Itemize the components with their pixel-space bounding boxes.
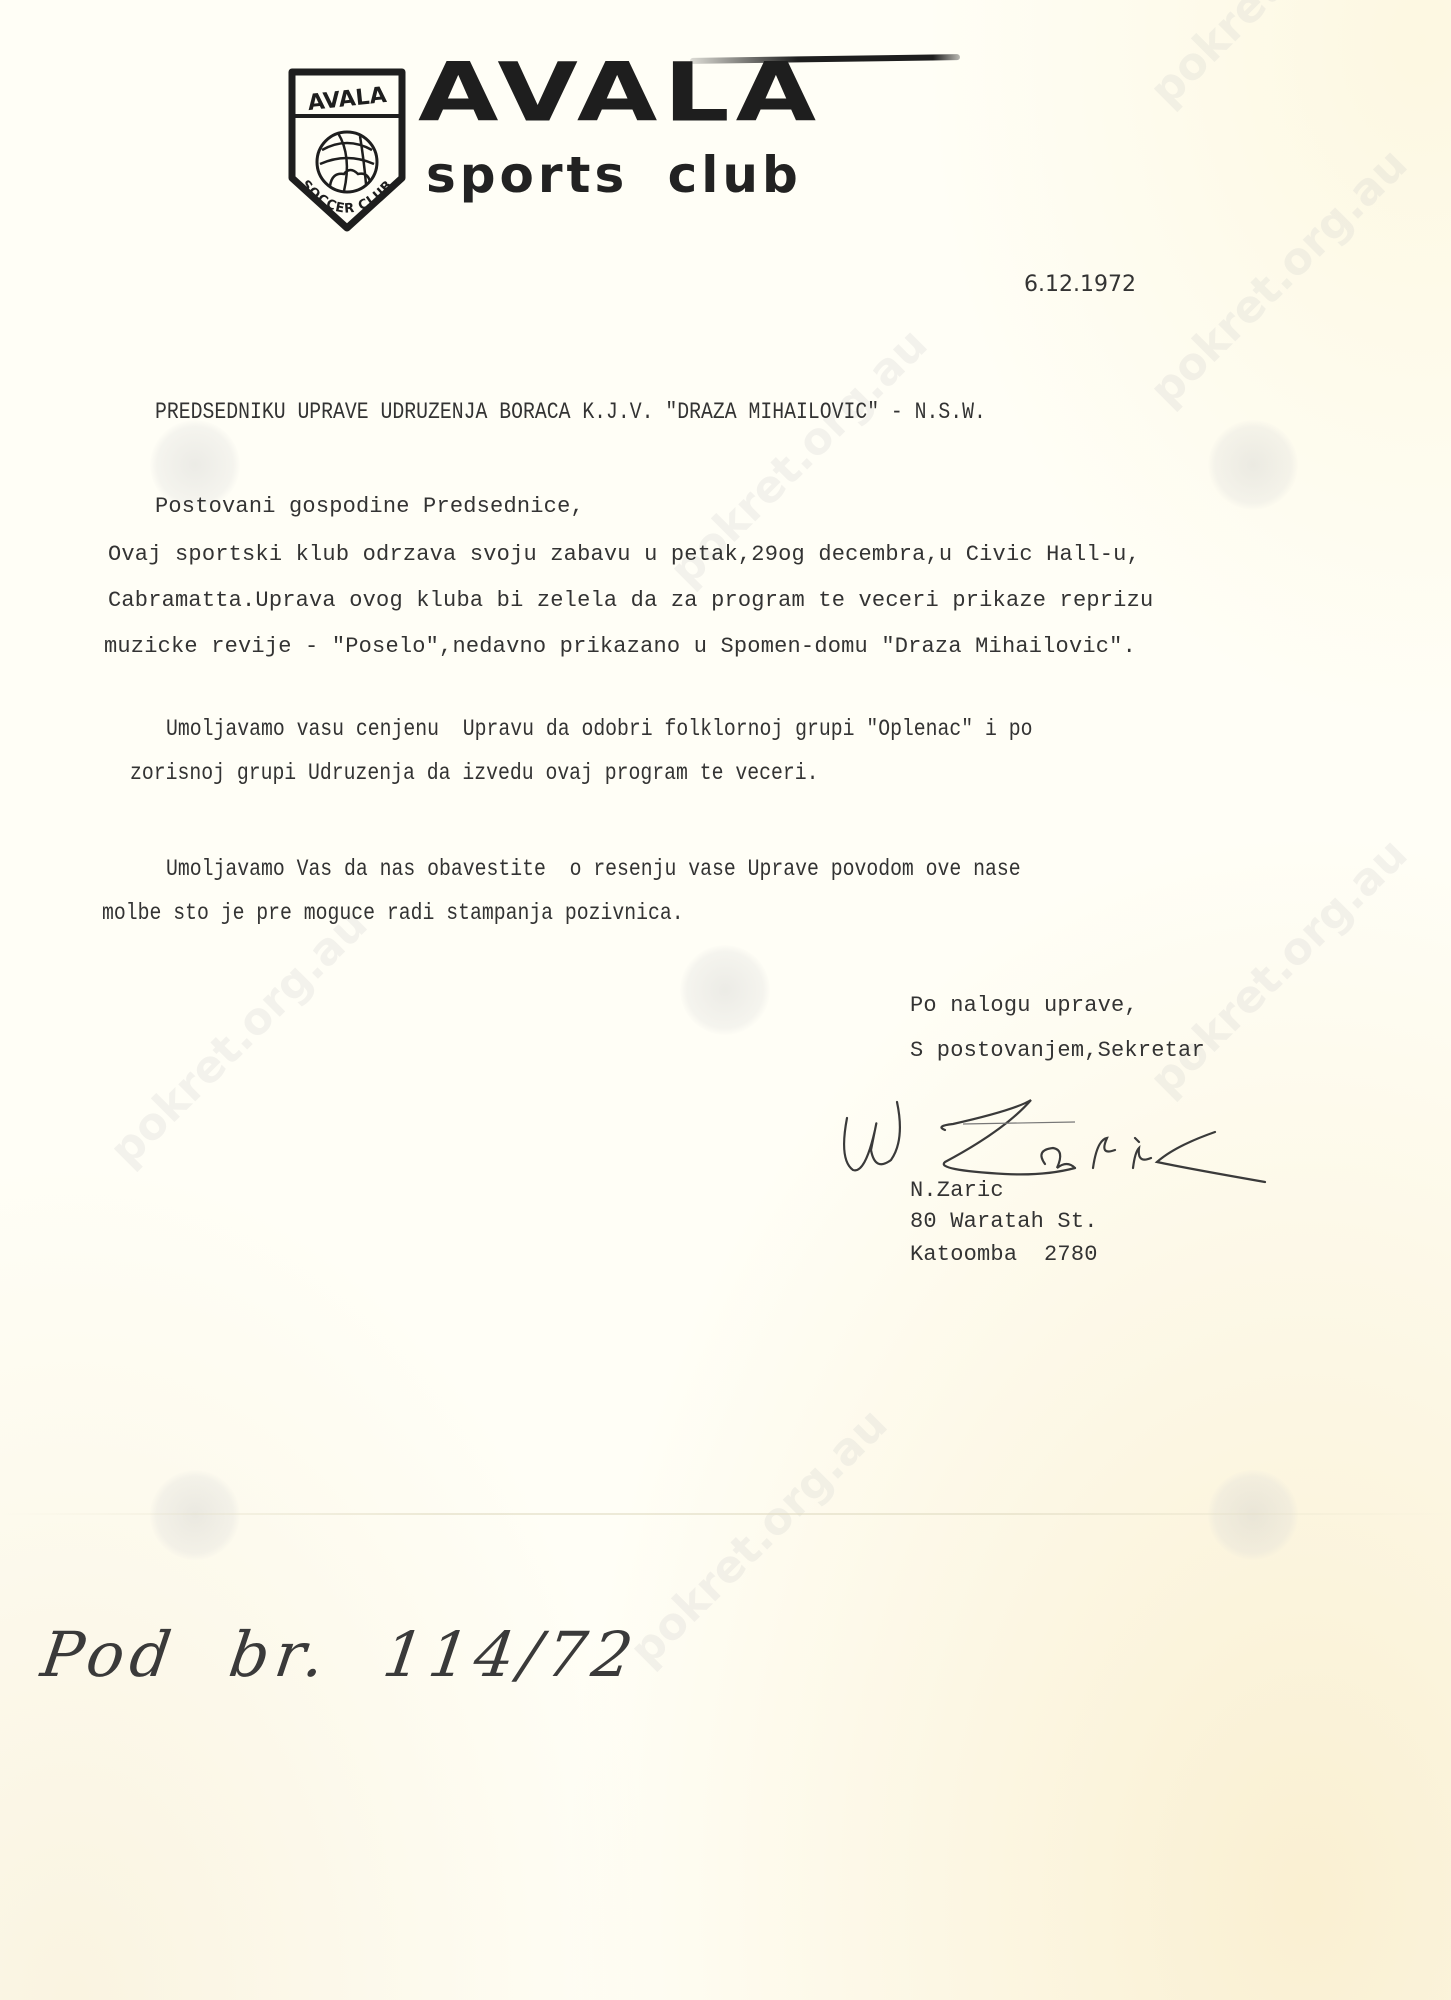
paper-fold-line <box>0 1513 1451 1515</box>
paragraph-3-line-2: molbe sto je pre moguce radi stampanja p… <box>102 902 684 925</box>
paragraph-1-line-3: muzicke revije - "Poselo",nedavno prikaz… <box>104 636 1136 658</box>
club-subtitle: sports club <box>426 150 802 200</box>
closing-line-2: S postovanjem,Sekretar <box>910 1040 1205 1062</box>
signatory-address-line-1: 80 Waratah St. <box>910 1211 1098 1233</box>
watermark-emblem-icon <box>680 945 770 1035</box>
watermark-text: pokret.org.au <box>620 1399 897 1676</box>
watermark-text: pokret.org.au <box>1140 0 1417 116</box>
addressee-line: PREDSEDNIKU UPRAVE UDRUZENJA BORACA K.J.… <box>155 401 986 424</box>
closing-line-1: Po nalogu uprave, <box>910 995 1138 1017</box>
watermark-text: pokret.org.au <box>1140 829 1417 1106</box>
club-name: AVALA <box>418 52 822 133</box>
signatory-address-line-2: Katoomba 2780 <box>910 1244 1098 1266</box>
paragraph-1-line-1: Ovaj sportski klub odrzava svoju zabavu … <box>108 544 1140 566</box>
watermark-emblem-icon <box>150 1470 240 1560</box>
paragraph-2-line-2: zorisnoj grupi Udruzenja da izvedu ovaj … <box>130 762 818 785</box>
signatory-name: N.Zaric <box>910 1180 1004 1202</box>
handwritten-reference-note: Pod br. 114/72 <box>37 1618 643 1691</box>
watermark-text: pokret.org.au <box>1140 139 1417 416</box>
paragraph-1-line-2: Cabramatta.Uprava ovog kluba bi zelela d… <box>108 590 1153 612</box>
paragraph-2-line-1: Umoljavamo vasu cenjenu Upravu da odobri… <box>166 718 1033 741</box>
watermark-text: pokret.org.au <box>100 899 377 1176</box>
letter-date: 6.12.1972 <box>1024 272 1136 297</box>
paragraph-3-line-1: Umoljavamo Vas da nas obavestite o resen… <box>166 858 1021 881</box>
club-crest: AVALA SOCCER CLUB <box>286 66 408 234</box>
handwritten-signature <box>835 1090 1275 1190</box>
watermark-emblem-icon <box>1208 420 1298 510</box>
salutation: Postovani gospodine Predsednice, <box>155 496 584 518</box>
soccer-ball-shield-icon: AVALA SOCCER CLUB <box>286 66 408 234</box>
watermark-emblem-icon <box>1208 1470 1298 1560</box>
